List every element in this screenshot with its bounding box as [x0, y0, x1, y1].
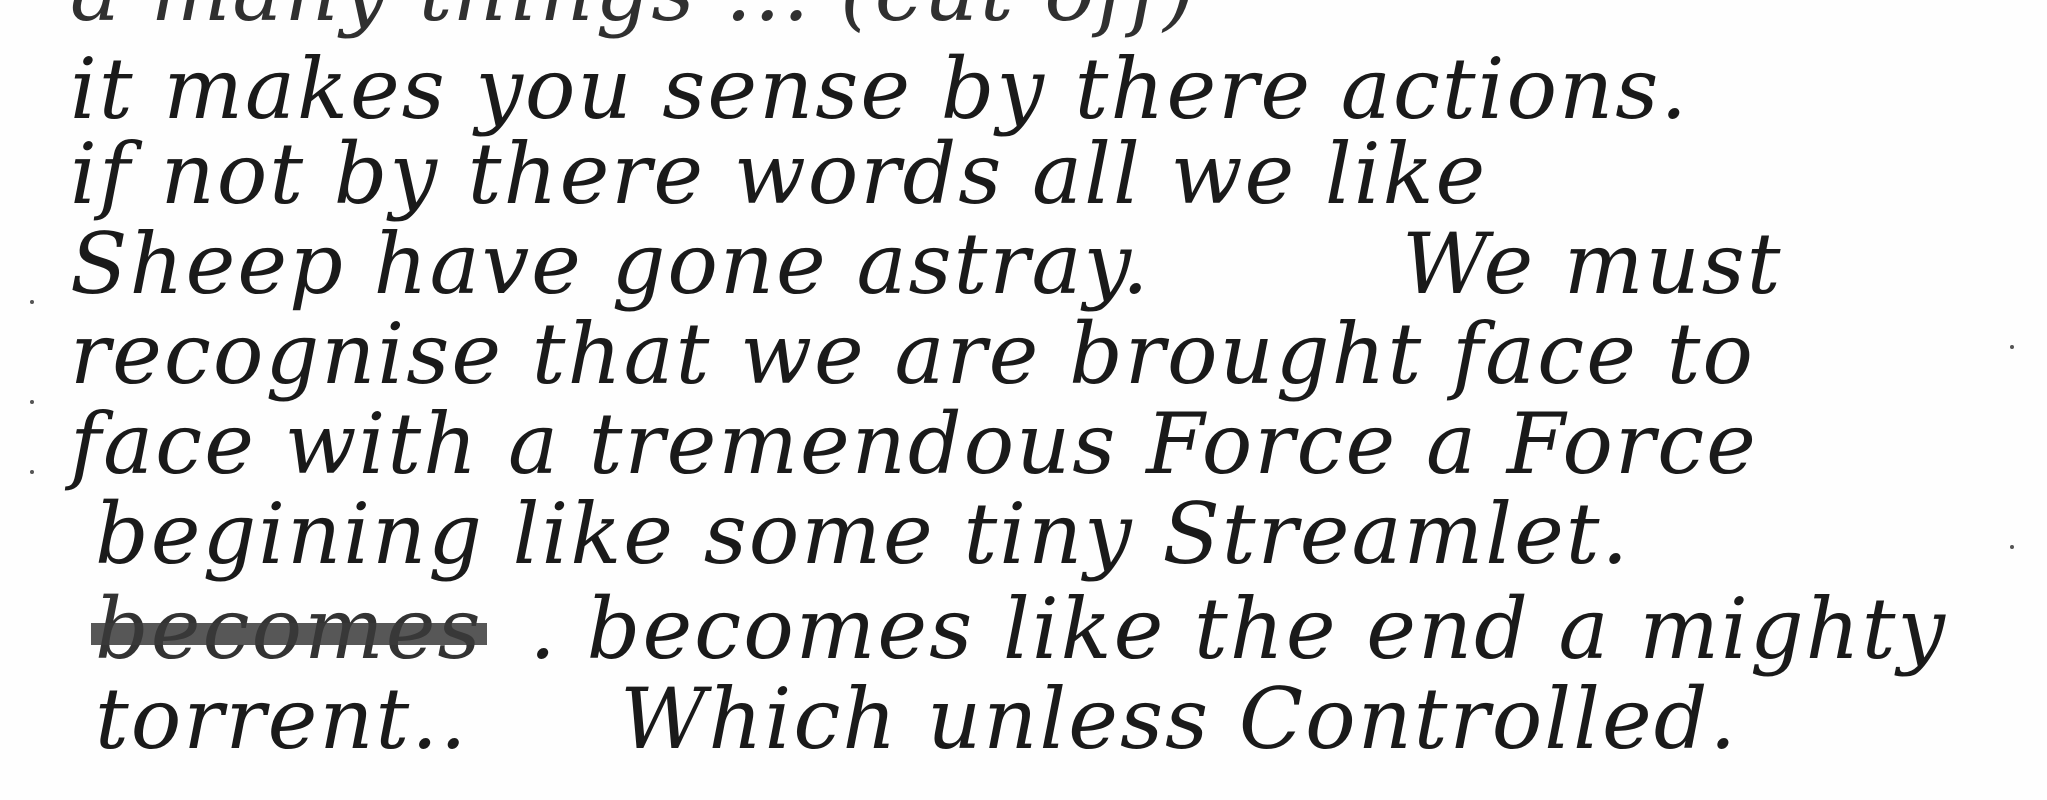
line-text-a: Sheep have gone astray.: [70, 215, 1151, 313]
line-text-b: Which unless Controlled.: [620, 670, 1738, 768]
scan-speck: [2010, 545, 2014, 549]
handwriting-line-2: if not by there words all we like: [70, 125, 1487, 223]
scan-speck: [30, 470, 34, 474]
line-text-a: torrent..: [95, 670, 469, 768]
struck-out-word: becomes: [95, 580, 483, 678]
line-text-b: We must: [1402, 215, 1783, 313]
handwriting-line-0-partial: a many things ... (cut off): [70, 0, 1198, 40]
handwriting-line-8: torrent.. Which unless Controlled.: [95, 670, 1738, 768]
scan-speck: [2010, 345, 2014, 349]
line-text: a many things ... (cut off): [70, 0, 1198, 40]
handwriting-line-3: Sheep have gone astray. We must: [70, 215, 1783, 313]
line-text: it makes you sense by there actions.: [70, 40, 1689, 138]
line-text: recognise that we are brought face to: [70, 305, 1755, 403]
line-text: . becomes like the end a mighty: [529, 580, 1947, 678]
line-text: face with a tremendous Force a Force: [70, 395, 1758, 493]
handwriting-line-1: it makes you sense by there actions.: [70, 40, 1689, 138]
handwritten-page: a many things ... (cut off) it makes you…: [0, 0, 2047, 800]
scan-speck: [30, 400, 34, 404]
line-text: if not by there words all we like: [70, 125, 1487, 223]
handwriting-line-6: begining like some tiny Streamlet.: [95, 485, 1630, 583]
handwriting-line-5: face with a tremendous Force a Force: [70, 395, 1758, 493]
handwriting-line-7: becomes . becomes like the end a mighty: [95, 580, 1947, 678]
scan-speck: [30, 300, 34, 304]
handwriting-line-4: recognise that we are brought face to: [70, 305, 1755, 403]
line-text: begining like some tiny Streamlet.: [95, 485, 1630, 583]
